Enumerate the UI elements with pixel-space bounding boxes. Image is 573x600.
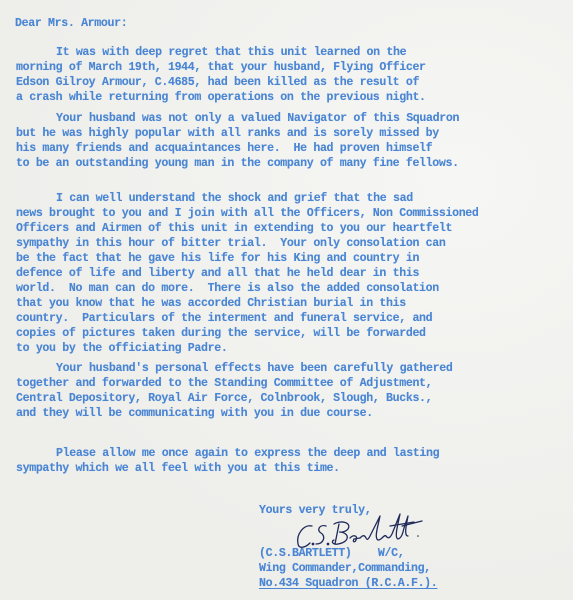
paragraph-line: his many friends and acquaintances here.… xyxy=(16,141,459,156)
paragraph-line: a crash while returning from operations … xyxy=(16,90,426,105)
paragraph-line: Central Depository, Royal Air Force, Col… xyxy=(16,391,452,406)
paragraph-2: Your husband was not only a valued Navig… xyxy=(16,111,459,171)
letter-document: Dear Mrs. Armour: It was with deep regre… xyxy=(0,0,573,600)
paragraph-line: country. Particulars of the interment an… xyxy=(16,311,479,326)
salutation: Dear Mrs. Armour: xyxy=(15,16,127,31)
paragraph-line: It was with deep regret that this unit l… xyxy=(16,45,426,60)
paragraph-5: Please allow me once again to express th… xyxy=(16,446,439,476)
paragraph-line: sympathy which we all feel with you at t… xyxy=(16,461,439,476)
paragraph-line: news brought to you and I join with all … xyxy=(16,206,479,221)
paragraph-line: Your husband was not only a valued Navig… xyxy=(16,111,459,126)
paragraph-line: to you by the officiating Padre. xyxy=(16,341,479,356)
paragraph-line: copies of pictures taken during the serv… xyxy=(16,326,479,341)
paragraph-line: and they will be communicating with you … xyxy=(16,406,452,421)
paragraph-1: It was with deep regret that this unit l… xyxy=(16,45,426,105)
paragraph-line: Edson Gilroy Armour, C.4685, had been ki… xyxy=(16,75,426,90)
paragraph-line: I can well understand the shock and grie… xyxy=(16,191,479,206)
paragraph-line: together and forwarded to the Standing C… xyxy=(16,376,452,391)
paragraph-line: be the fact that he gave his life for hi… xyxy=(16,251,479,266)
signatory-title: Wing Commander,Commanding, xyxy=(259,561,437,576)
signatory-unit: No.434 Squadron (R.C.A.F.). xyxy=(259,576,437,591)
paragraph-line: world. No man can do more. There is also… xyxy=(16,281,479,296)
paragraph-line: Your husband's personal effects have bee… xyxy=(16,361,452,376)
paragraph-line: but he was highly popular with all ranks… xyxy=(16,126,459,141)
paragraph-4: Your husband's personal effects have bee… xyxy=(16,361,452,421)
handwritten-signature xyxy=(290,512,430,554)
paragraph-line: morning of March 19th, 1944, that your h… xyxy=(16,60,426,75)
paragraph-line: to be an outstanding young man in the co… xyxy=(16,156,459,171)
paragraph-line: sympathy in this hour of bitter trial. Y… xyxy=(16,236,479,251)
paragraph-line: defence of life and liberty and all that… xyxy=(16,266,479,281)
paragraph-line: Please allow me once again to express th… xyxy=(16,446,439,461)
paragraph-3: I can well understand the shock and grie… xyxy=(16,191,479,356)
paragraph-line: that you know that he was accorded Chris… xyxy=(16,296,479,311)
paragraph-line: Officers and Airmen of this unit in exte… xyxy=(16,221,479,236)
